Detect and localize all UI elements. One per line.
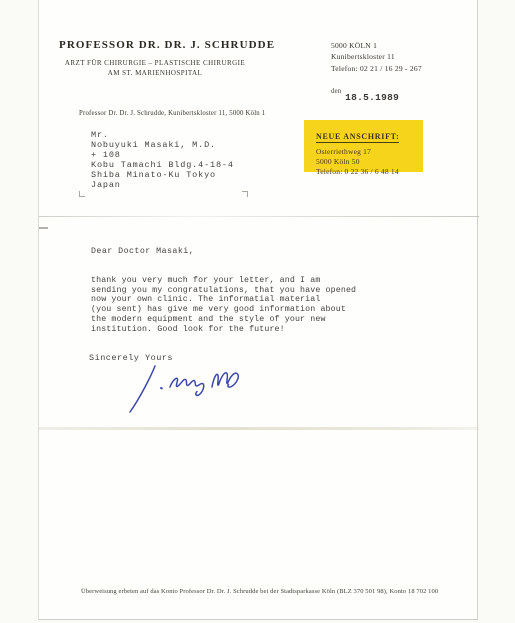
fold-line-lower	[39, 427, 479, 430]
recipient-line: Mr.	[91, 130, 234, 140]
closing-line: Sincerely Yours	[89, 353, 173, 363]
window-corner-mark-right	[242, 191, 248, 197]
handwritten-signature	[124, 363, 256, 417]
recipient-line: + 108	[91, 150, 234, 160]
letterhead-subtitle-2: AM ST. MARIENHOSPITAL	[59, 69, 251, 77]
letterhead-address-line: Kunibertskloster 11	[331, 51, 422, 62]
recipient-line: Japan	[91, 180, 234, 190]
letterhead-subtitle-1: ARZT FÜR CHIRURGIE – PLASTISCHE CHIRURGI…	[59, 59, 251, 67]
body-line: institution. Good look for the future!	[91, 325, 356, 335]
new-address-line: Osterriethweg 17	[316, 147, 423, 157]
body-line: now your own clinic. The informatial mat…	[91, 295, 356, 305]
letterhead-address-block: 5000 KÖLN 1 Kunibertskloster 11 Telefon:…	[331, 40, 422, 74]
signature-strokes	[130, 366, 238, 412]
new-address-heading: NEUE ANSCHRIFT:	[316, 132, 399, 143]
recipient-line: Kobu Tamachi Bldg.4-18-4	[91, 160, 234, 170]
fold-line-upper	[39, 216, 479, 217]
new-address-line: 5000 Köln 50	[316, 157, 423, 167]
letterhead-address-line: Telefon: 02 21 / 16 29 - 267	[331, 63, 422, 74]
margin-fold-dash	[39, 227, 48, 229]
letterhead-address-line: 5000 KÖLN 1	[331, 40, 422, 51]
body-line: sending you my congratulations, that you…	[91, 286, 356, 296]
body-line: thank you very much for your letter, and…	[91, 276, 356, 286]
salutation: Dear Doctor Masaki,	[91, 247, 194, 256]
recipient-line: Nobuyuki Masaki, M.D.	[91, 140, 234, 150]
letter-date: 18.5.1989	[345, 92, 399, 103]
recipient-address: Mr. Nobuyuki Masaki, M.D. + 108 Kobu Tam…	[91, 130, 234, 191]
bank-transfer-footer: Überweisung erbeten auf das Konto Profes…	[81, 588, 477, 595]
letterhead-name: PROFESSOR DR. DR. J. SCHRUDDE	[59, 39, 251, 51]
body-line: (you sent) has give me very good informa…	[91, 305, 356, 315]
new-address-sticker: NEUE ANSCHRIFT: Osterriethweg 17 5000 Kö…	[304, 120, 423, 172]
letter-paper: PROFESSOR DR. DR. J. SCHRUDDE ARZT FÜR C…	[38, 0, 478, 620]
date-row: den18.5.1989	[331, 87, 399, 105]
recipient-line: Shiba Minato-Ku Tokyo	[91, 170, 234, 180]
scanned-letter: PROFESSOR DR. DR. J. SCHRUDDE ARZT FÜR C…	[0, 0, 515, 623]
body-line: the modern equipment and the style of yo…	[91, 315, 356, 325]
body-paragraph: thank you very much for your letter, and…	[91, 276, 356, 334]
new-address-lines: Osterriethweg 17 5000 Köln 50 Telefon: 0…	[316, 147, 423, 177]
new-address-line: Telefon: 0 22 36 / 6 48 14	[316, 167, 423, 177]
sender-line: Professor Dr. Dr. J. Schrudde, Kuniberts…	[79, 110, 265, 117]
date-label: den	[331, 87, 341, 95]
window-corner-mark-left	[79, 191, 85, 197]
